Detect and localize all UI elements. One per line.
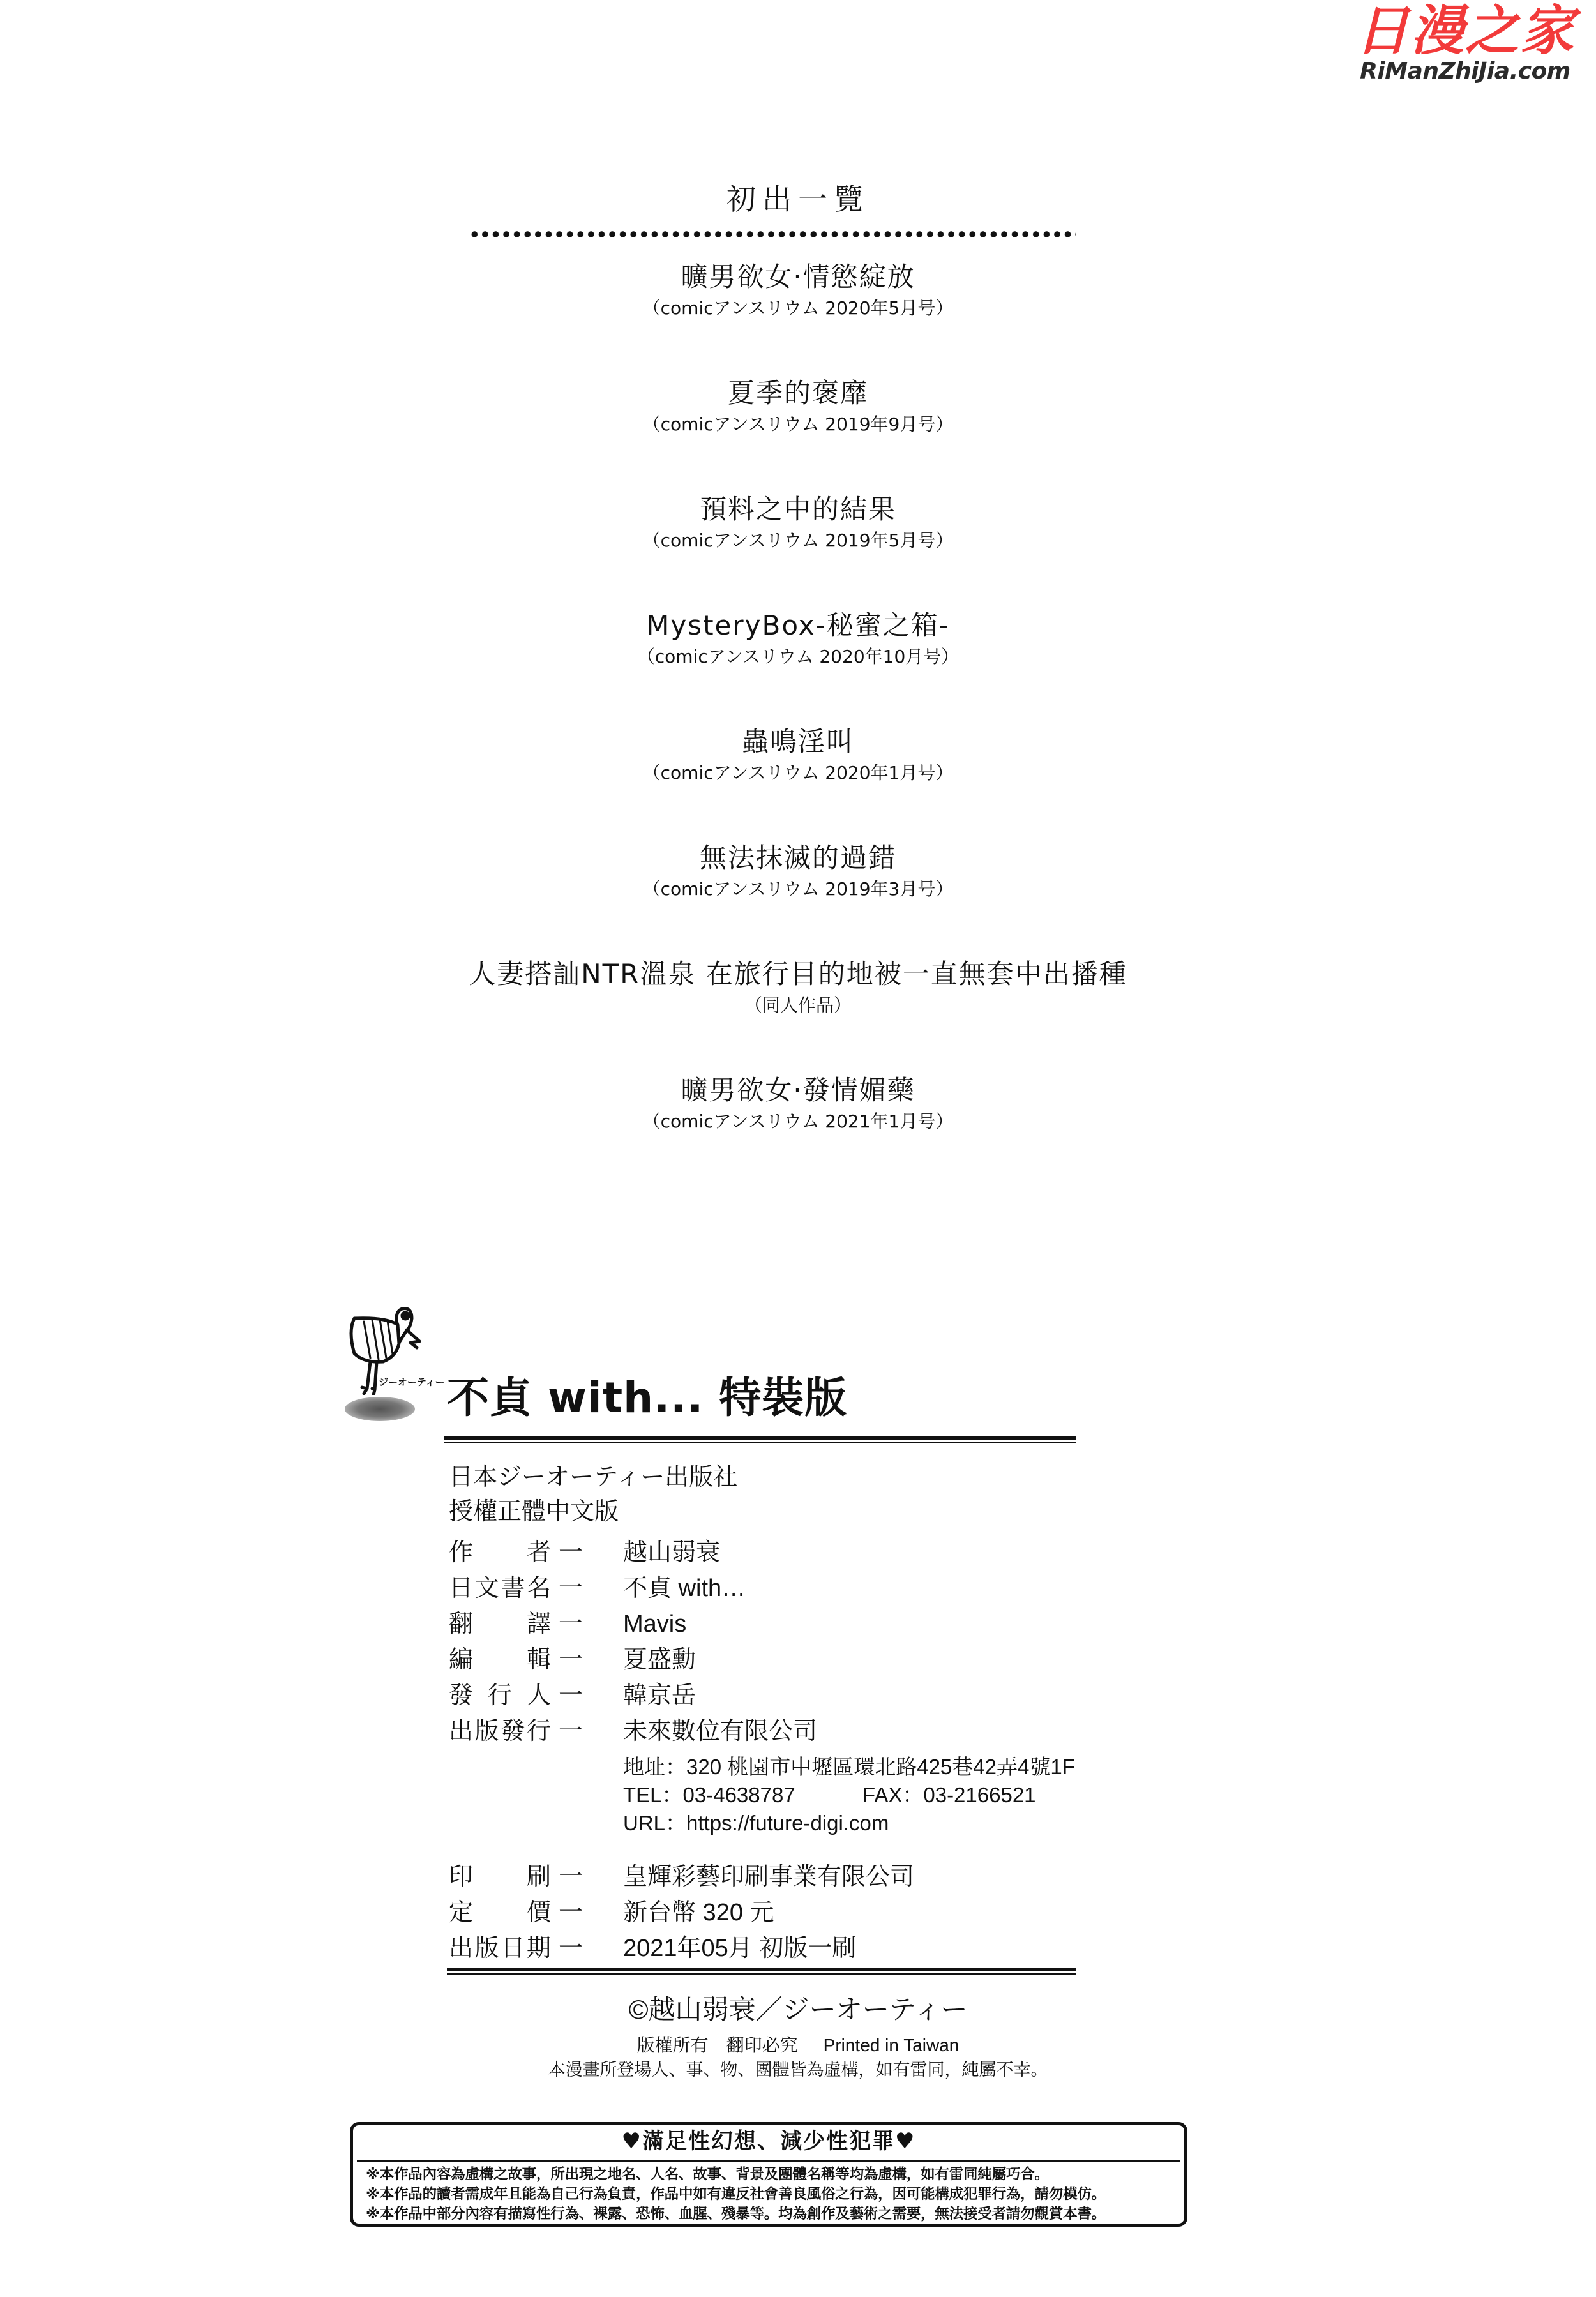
credit-label: 編輯 xyxy=(449,1642,551,1678)
first-appearance-title: 初出一覽 xyxy=(0,180,1596,218)
credit-value: 不貞 with… xyxy=(623,1570,746,1606)
entry-source: （comicアンスリウム 2019年3月号） xyxy=(0,877,1596,901)
edition-line: 授權正體中文版 xyxy=(449,1496,619,1527)
contact-phone-fax: TEL：03-4638787 FAX：03-2166521 xyxy=(623,1781,795,1809)
credit-label: 作者 xyxy=(449,1535,551,1570)
entry-source: （comicアンスリウム 2019年9月号） xyxy=(0,412,1596,437)
entry-title: 曠男欲女·情慾綻放 xyxy=(0,260,1596,294)
list-item: 曠男欲女·情慾綻放 （comicアンスリウム 2020年5月号） xyxy=(0,260,1596,320)
notice-divider xyxy=(357,2160,1180,2162)
contact-tel: TEL：03-4638787 xyxy=(623,1783,795,1807)
entry-source: （同人作品） xyxy=(0,993,1596,1018)
notice-line: ※本作品的讀者需成年且能為自己行為負責，作品中如有違反社會善良風俗之行為，因可能… xyxy=(366,2185,1171,2204)
credit-value: 未來數位有限公司 xyxy=(623,1713,817,1749)
entry-source: （comicアンスリウム 2020年10月号） xyxy=(0,645,1596,669)
publisher-line: 日本ジーオーティー出版社 xyxy=(449,1462,737,1493)
credit-label: 翻譯 xyxy=(449,1606,551,1642)
credit-label: 出版發行 xyxy=(449,1713,551,1749)
entry-title: 蟲鳴淫叫 xyxy=(0,725,1596,758)
credit-value: 夏盛勳 xyxy=(623,1642,696,1678)
list-item: MysteryBox-秘蜜之箱- （comicアンスリウム 2020年10月号） xyxy=(0,609,1596,669)
entry-source: （comicアンスリウム 2019年5月号） xyxy=(0,529,1596,553)
list-item: 蟲鳴淫叫 （comicアンスリウム 2020年1月号） xyxy=(0,725,1596,785)
rights-line: 版權所有 翻印必究Printed in Taiwan xyxy=(0,2034,1596,2057)
entry-title: MysteryBox-秘蜜之箱- xyxy=(0,609,1596,642)
credit-label: 印刷 xyxy=(449,1859,551,1895)
list-item: 曠男欲女·發情媚藥 （comicアンスリウム 2021年1月号） xyxy=(0,1074,1596,1134)
entry-source: （comicアンスリウム 2020年1月号） xyxy=(0,761,1596,785)
contact-address: 地址：320 桃園市中壢區環北路425巷42弄4號1F xyxy=(623,1753,1075,1781)
dotted-divider xyxy=(469,230,1076,239)
list-item: 人妻搭訕NTR溫泉 在旅行目的地被一直無套中出播種 （同人作品） xyxy=(0,958,1596,1018)
watermark-logo: 日漫之家 RiManZhiJia.com xyxy=(1337,0,1593,89)
watermark-logo-en: RiManZhiJia.com xyxy=(1337,59,1593,84)
entry-title: 預料之中的結果 xyxy=(0,493,1596,526)
credit-label: 定價 xyxy=(449,1895,551,1931)
mascot-shadow xyxy=(345,1397,415,1421)
rights-reserved: 版權所有 翻印必究 xyxy=(637,2035,798,2055)
list-item: 無法抹滅的過錯 （comicアンスリウム 2019年3月号） xyxy=(0,841,1596,901)
title-double-rule xyxy=(444,1436,1076,1440)
notice-line: ※本作品中部分內容有描寫性行為、裸露、恐怖、血腥、殘暴等。均為創作及藝術之需要，… xyxy=(366,2204,1171,2224)
credit-value: 皇輝彩藝印刷事業有限公司 xyxy=(623,1859,914,1895)
book-title: 不貞 with... 特裝版 xyxy=(447,1373,847,1424)
credit-value: Mavis xyxy=(623,1606,686,1642)
printed-in: Printed in Taiwan xyxy=(824,2035,960,2055)
credit-value: 韓京岳 xyxy=(623,1678,696,1713)
copyright-line: ©越山弱衰／ジーオーティー xyxy=(0,1992,1596,2028)
entry-title: 人妻搭訕NTR溫泉 在旅行目的地被一直無套中出播種 xyxy=(0,958,1596,991)
credit-value: 新台幣 320 元 xyxy=(623,1895,774,1931)
entry-source: （comicアンスリウム 2021年1月号） xyxy=(0,1110,1596,1134)
contact-url: URL：https://future-digi.com xyxy=(623,1809,889,1837)
bottom-double-rule xyxy=(447,1968,1076,1971)
credit-label: 發行人 xyxy=(449,1678,551,1713)
entry-title: 無法抹滅的過錯 xyxy=(0,841,1596,875)
entry-title: 曠男欲女·發情媚藥 xyxy=(0,1074,1596,1107)
notice-heading: ♥滿足性幻想、減少性犯罪♥ xyxy=(353,2125,1184,2157)
entry-title: 夏季的褒靡 xyxy=(0,377,1596,410)
mascot-bird-icon: ジーオーティー xyxy=(335,1293,450,1395)
entry-source: （comicアンスリウム 2020年5月号） xyxy=(0,296,1596,320)
credit-value: 越山弱衰 xyxy=(623,1535,720,1570)
list-item: 夏季的褒靡 （comicアンスリウム 2019年9月号） xyxy=(0,377,1596,437)
watermark-logo-cn: 日漫之家 xyxy=(1337,1,1593,60)
mascot-label: ジーオーティー xyxy=(379,1376,445,1388)
credit-label: 出版日期 xyxy=(449,1931,551,1966)
list-item: 預料之中的結果 （comicアンスリウム 2019年5月号） xyxy=(0,493,1596,553)
notice-box: ♥滿足性幻想、減少性犯罪♥ ※本作品內容為虛構之故事，所出現之地名、人名、故事、… xyxy=(350,2122,1187,2227)
credit-value: 2021年05月 初版一刷 xyxy=(623,1931,856,1966)
credit-label: 日文書名 xyxy=(449,1570,551,1606)
notice-line: ※本作品內容為虛構之故事，所出現之地名、人名、故事、背景及團體名稱等均為虛構，如… xyxy=(366,2165,1171,2185)
fiction-disclaimer: 本漫畫所登場人、事、物、團體皆為虛構，如有雷同，純屬不幸。 xyxy=(0,2058,1596,2081)
contact-fax: FAX：03-2166521 xyxy=(862,1781,1036,1809)
